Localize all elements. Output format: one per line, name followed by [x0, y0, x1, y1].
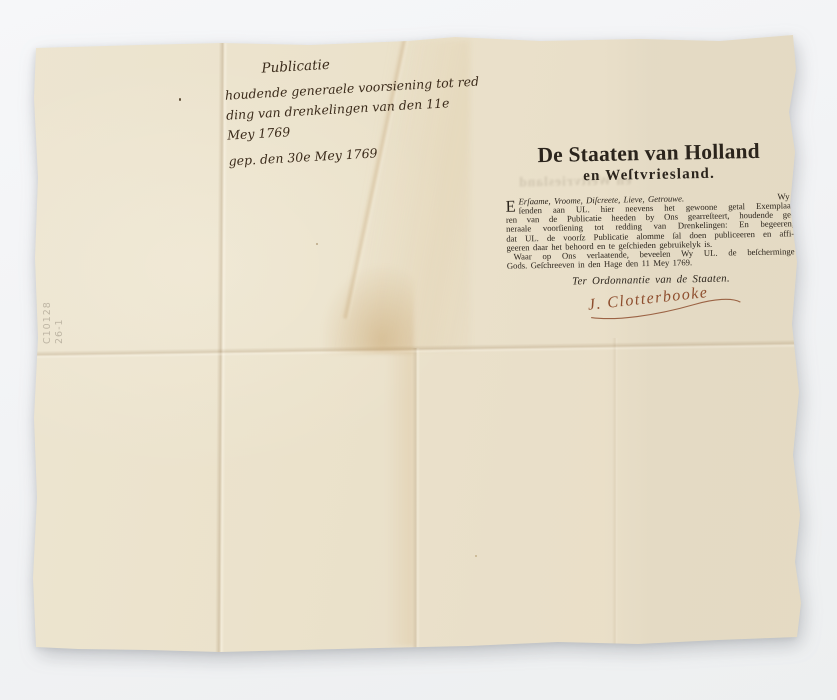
photo-stage: C10128 26-1 Publicatie houdende generael… — [0, 0, 837, 700]
fold-discoloration-band — [386, 350, 414, 646]
vertical-fold-crease-right — [612, 338, 618, 644]
handwritten-docket: Publicatie houdende generaele voorsienin… — [223, 49, 469, 171]
pencil-mark-line: C10128 — [42, 270, 54, 344]
ink-speck — [179, 98, 181, 101]
paper-speck — [316, 243, 318, 245]
verso-show-through-text: en Weſtvriesland — [499, 172, 631, 191]
paper-shadow: C10128 26-1 Publicatie houdende generael… — [0, 0, 837, 700]
notice-body: E Erſaame, Vroome, Diſcreete, Lieve, Get… — [505, 192, 794, 271]
tan-stain-triangle — [322, 265, 414, 353]
drop-cap: E — [505, 199, 515, 214]
paper-speck — [475, 555, 477, 557]
printed-notice: en Weſtvriesland De Staaten van Holland … — [504, 138, 795, 309]
pencil-inventory-mark: C10128 26-1 — [42, 270, 76, 344]
document-paper: C10128 26-1 Publicatie houdende generael… — [0, 0, 837, 700]
pencil-mark-line: 26-1 — [54, 270, 66, 344]
